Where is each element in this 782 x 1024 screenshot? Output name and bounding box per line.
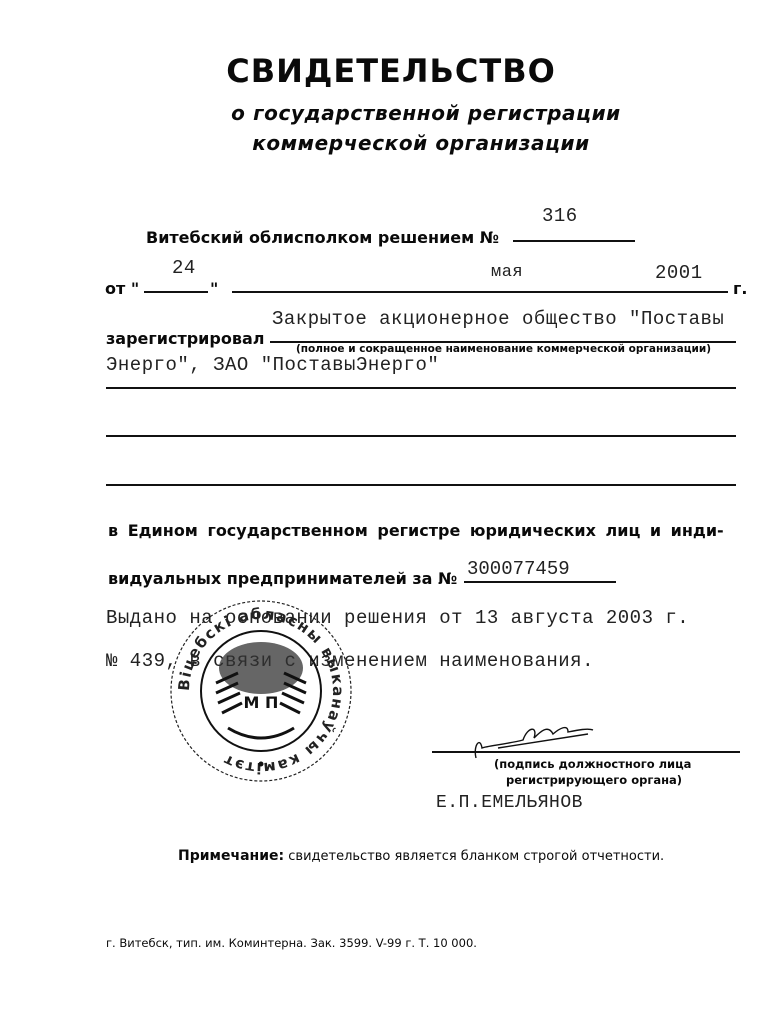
org-name-underline-3 [106,435,736,437]
signatory-name: Е.П.ЕМЕЛЬЯНОВ [436,793,583,813]
date-day: 24 [172,257,196,279]
certificate-subtitle-line1: о государственной регистрации [35,101,782,125]
register-line2: видуальных предпринимателей за № [108,569,457,588]
date-month: мая [491,263,523,282]
authority-label: Витебский облисполком решением № [146,228,499,247]
date-year: 2001 [655,262,703,284]
note: Примечание: свидетельство является бланк… [178,848,664,864]
org-name-line1: Закрытое акционерное общество "Поставы [272,308,724,330]
coat-of-arms-icon: М П [216,642,306,738]
register-line1: в Едином государственном регистре юридич… [108,521,724,540]
svg-text:М П: М П [244,693,279,712]
decision-number-underline [513,240,635,242]
register-number-underline [464,581,616,583]
signature-hint-line2: регистрирующего органа) [506,773,682,787]
year-suffix: г. [733,279,747,298]
decision-number: 316 [542,205,578,227]
date-quote-close: " [210,279,218,298]
register-number: 300077459 [467,558,570,580]
note-text: свидетельство является бланком строгой о… [288,849,664,864]
certificate-subtitle-line2: коммерческой организации [30,131,782,155]
org-name-underline-2 [106,387,736,389]
note-label: Примечание: [178,848,284,864]
signature-line [432,751,740,753]
date-prefix: от " [105,279,139,298]
date-month-underline [232,291,728,293]
printer-info: г. Витебск, тип. им. Коминтерна. Зак. 35… [106,936,477,950]
certificate-title: СВИДЕТЕЛЬСТВО [0,52,782,90]
org-name-line2: Энерго", ЗАО "ПоставыЭнерго" [106,354,439,376]
registered-label: зарегистрировал [106,329,264,348]
official-seal: Віцебскі абласны выканаўчы камітэт М П [168,598,354,784]
date-day-underline [144,291,208,293]
signature-hint-line1: (подпись должностного лица [494,757,691,771]
org-name-underline-4 [106,484,736,486]
